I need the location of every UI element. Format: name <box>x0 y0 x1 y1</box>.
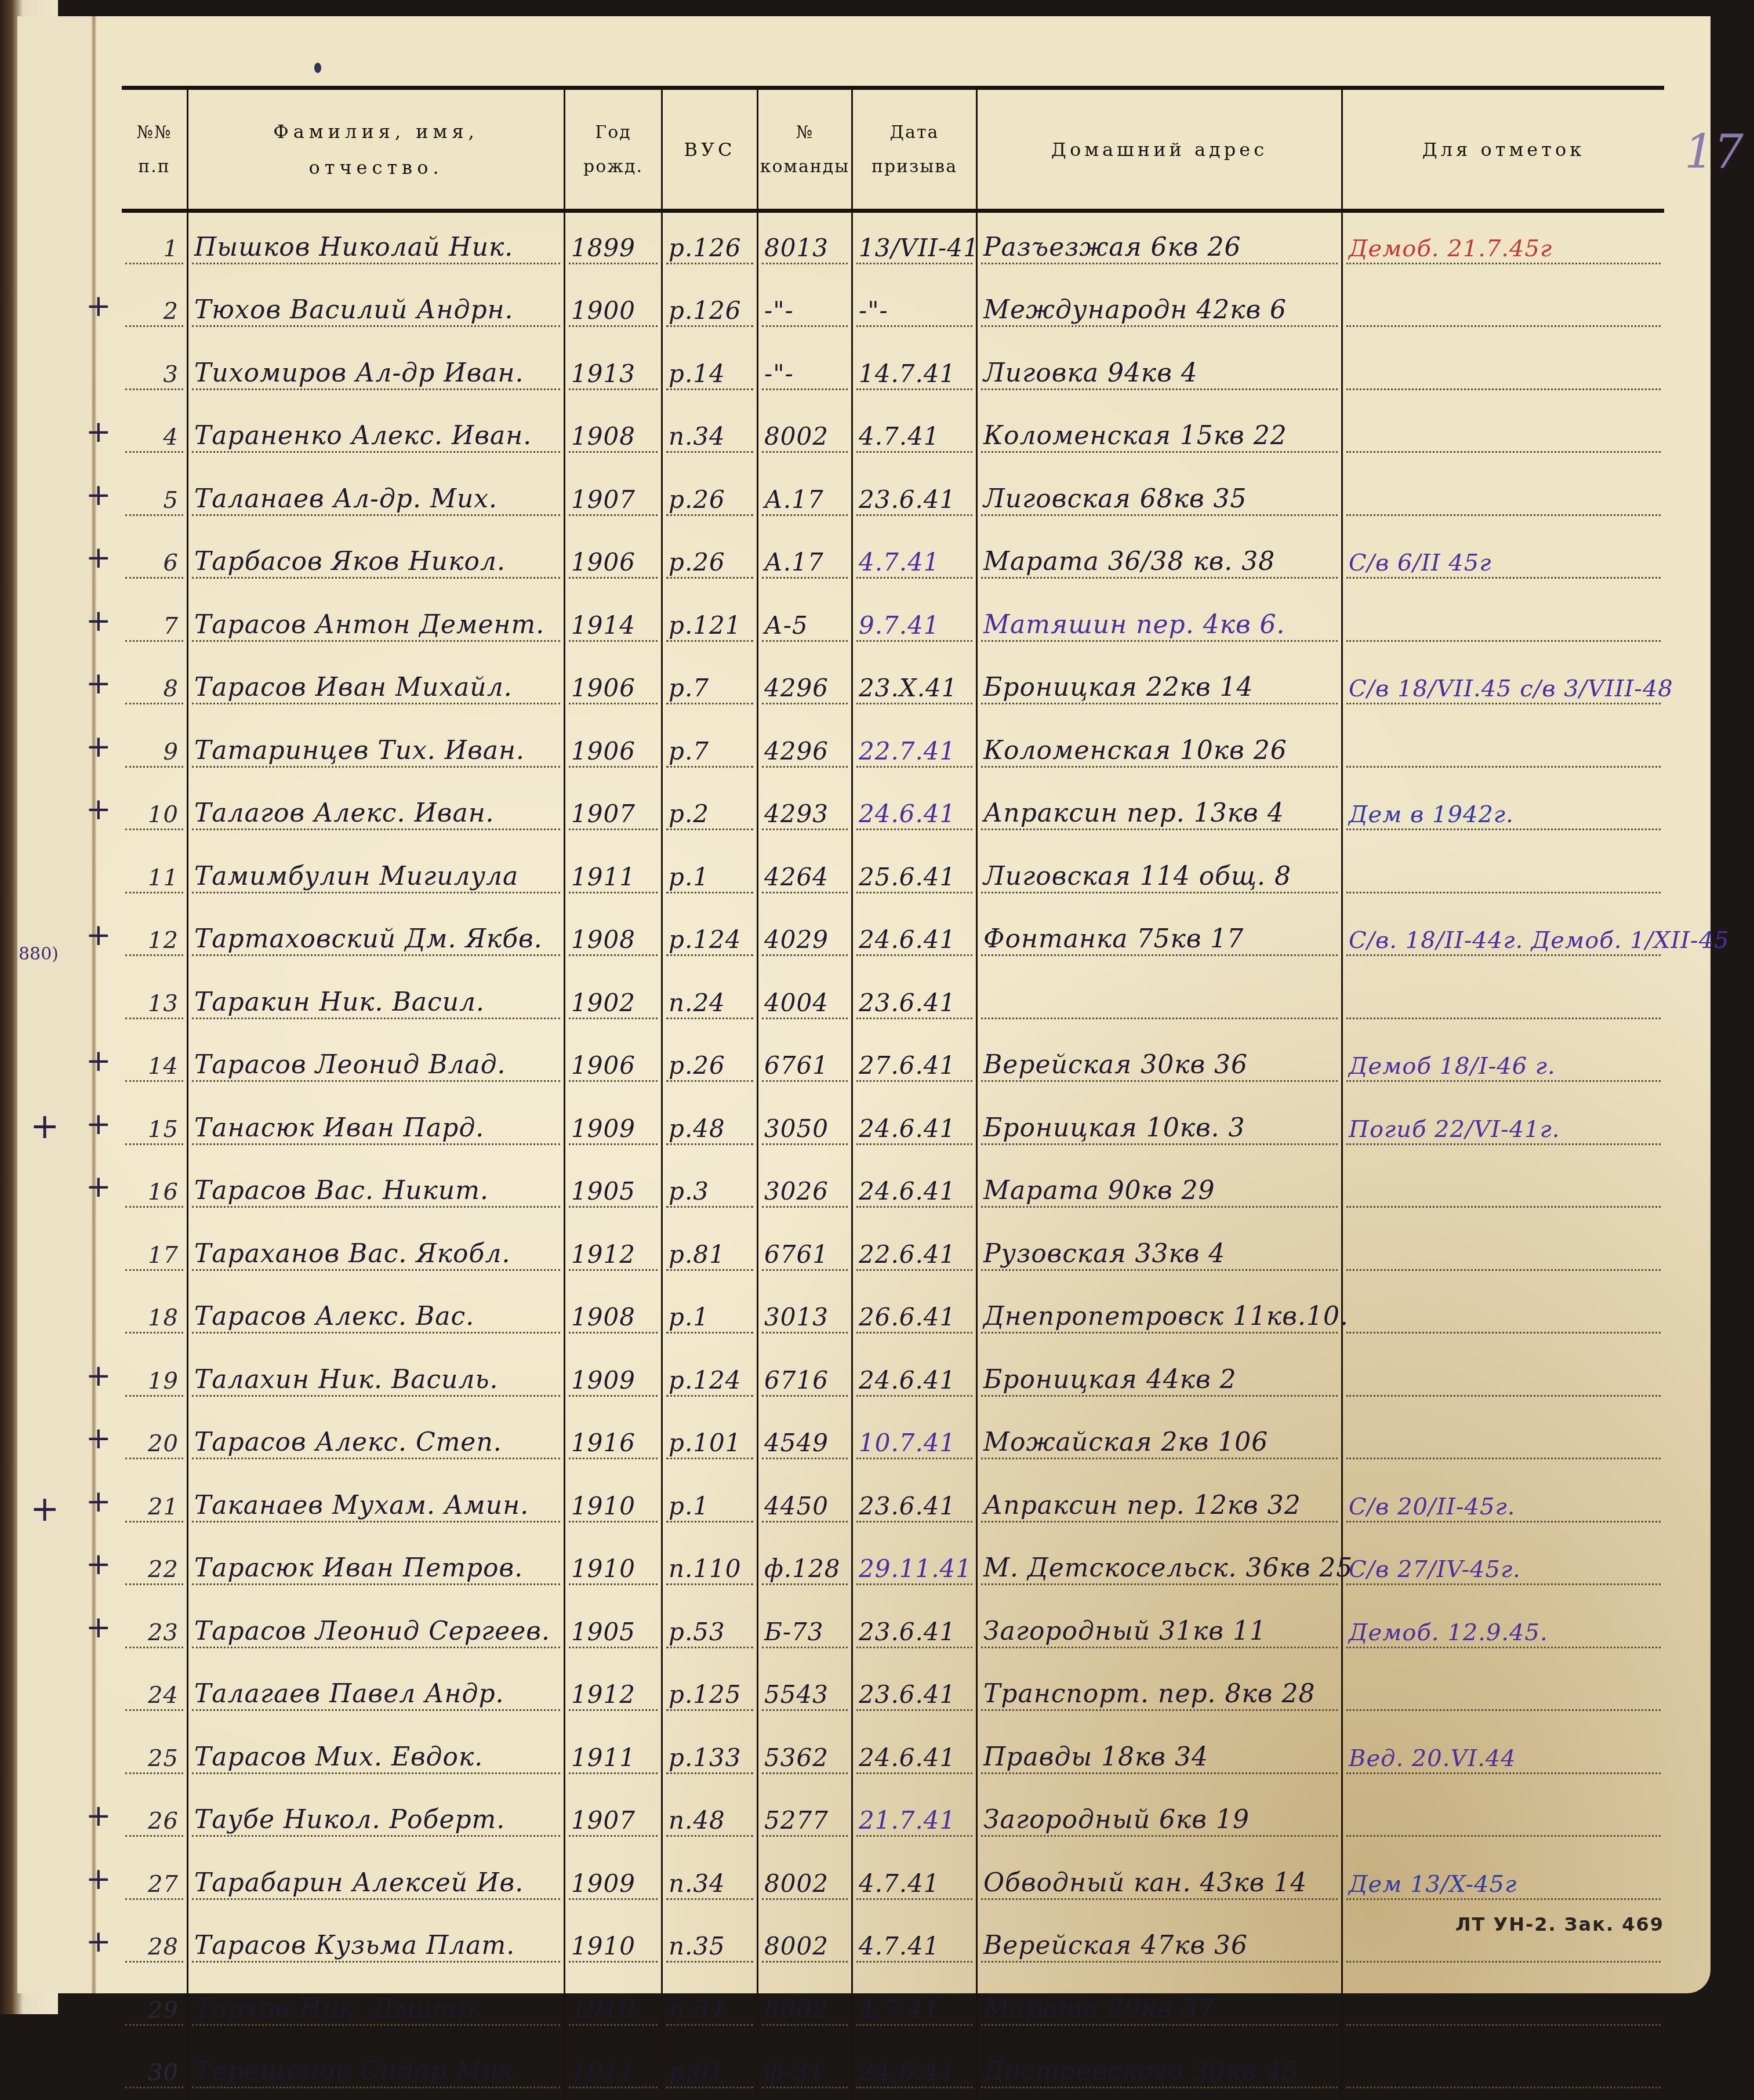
dotted-guide-line <box>192 388 560 390</box>
dotted-guide-line <box>856 1395 972 1397</box>
notes: Демоб 18/I-46 г. <box>1349 1053 1556 1080</box>
dotted-guide-line <box>666 1395 753 1397</box>
form-code: ЛТ УН-2. Зак. 469 <box>1455 1913 1664 1935</box>
table-row: 24Талагаев Павел Андр.1912р.125554323.6.… <box>122 1660 1664 1723</box>
dotted-guide-line <box>569 388 658 390</box>
row-number-cell: 2+ <box>122 276 188 339</box>
row-number-cell: 10+ <box>122 779 188 842</box>
dotted-guide-line <box>1346 829 1661 830</box>
table-header: №№ п.п Фамилия, имя, отчество. Год рожд.… <box>122 90 1664 209</box>
row-number: 16 <box>148 1179 179 1205</box>
row-number: 19 <box>148 1368 179 1394</box>
table-row: 28+Тарасов Кузьма Плат.1910п.3580024.7.4… <box>122 1912 1664 1975</box>
notes: С/в 27/IV-45г. <box>1349 1556 1521 1583</box>
dotted-guide-line <box>981 263 1338 264</box>
dotted-guide-line <box>569 1458 658 1459</box>
row-number: 21 <box>148 1494 179 1520</box>
conscription-date: 23.6.41 <box>859 1492 956 1520</box>
dotted-guide-line <box>192 954 560 956</box>
team-number: 3026 <box>764 1177 829 1205</box>
vus-code-cell: п.34 <box>663 1974 758 2014</box>
team-number-cell: 4296 <box>758 716 853 779</box>
cross-mark-icon: + <box>86 1610 111 1645</box>
full-name-cell: Пышков Николай Ник. <box>188 213 565 276</box>
conscription-date: 26.6.41 <box>859 1303 956 1331</box>
birth-year-cell: 1907 <box>565 1786 663 1849</box>
home-address-cell: Обводный кан. 43кв 14 <box>978 1848 1343 1912</box>
birth-year: 1907 <box>571 800 635 828</box>
dotted-guide-line <box>856 1332 972 1334</box>
birth-year-cell: 1900 <box>565 276 663 339</box>
dotted-guide-line <box>981 1458 1338 1459</box>
notes-cell: Демоб. 12.9.45. <box>1343 1597 1664 1660</box>
vus-code: р.26 <box>669 485 725 514</box>
table-row: 12+Тартаховский Дм. Якбв.1908р.124402924… <box>122 905 1664 968</box>
dotted-guide-line <box>856 1772 972 1774</box>
vus-code: р.14 <box>669 359 725 388</box>
dotted-guide-line <box>125 1647 183 1648</box>
home-address: Апраксин пер. 12кв 32 <box>983 1491 1301 1520</box>
notes-cell: С/в. 18/II-44г. Демоб. 1/XII-45 <box>1343 905 1664 968</box>
birth-year: 1911 <box>571 1743 635 1772</box>
birth-year-cell: 1906 <box>565 716 663 779</box>
dotted-guide-line <box>981 1521 1338 1523</box>
full-name-cell: Таракин Ник. Васил. <box>188 968 565 1031</box>
conscription-date-cell: 4.7.41 <box>853 402 978 465</box>
full-name: Тарасов Вас. Никит. <box>194 1176 489 1205</box>
row-number: 3 <box>164 361 179 388</box>
page-number: 17 <box>1684 125 1744 179</box>
team-number: 4296 <box>764 674 829 702</box>
conscription-date: 24.6.41 <box>859 925 956 954</box>
dotted-guide-line <box>1346 514 1661 516</box>
full-name: Тарасов Мих. Евдок. <box>194 1742 483 1772</box>
dotted-guide-line <box>981 1269 1338 1271</box>
team-number: А.17 <box>764 485 824 514</box>
notes-cell: Вед. 20.VI.44 <box>1343 1723 1664 1786</box>
dotted-guide-line <box>762 954 848 956</box>
home-address-cell: Броницкая 22кв 14 <box>978 653 1343 717</box>
dotted-guide-line <box>762 577 848 579</box>
birth-year-cell: 1906 <box>565 528 663 591</box>
notes-cell: С/в 6/II 45г <box>1343 528 1664 591</box>
home-address-cell: Лиговская 114 общ. 8 <box>978 842 1343 905</box>
header-year-line1: Год <box>595 122 631 143</box>
conscription-date-cell: 24.6.41 <box>853 1345 978 1408</box>
conscription-date: 23.6.41 <box>859 989 956 1017</box>
table-row: 6+Тарбасов Яков Никол.1906р.26А.174.7.41… <box>122 528 1664 591</box>
dotted-guide-line <box>192 1961 560 1963</box>
notes: Погиб 22/VI-41г. <box>1349 1116 1560 1143</box>
home-address: Коломенская 15кв 22 <box>983 421 1287 450</box>
vus-code: р.7 <box>669 674 709 702</box>
vus-code: п.34 <box>669 1869 725 1898</box>
birth-year: 1912 <box>571 1240 635 1269</box>
birth-year-cell: 1908 <box>565 905 663 968</box>
vus-code: р.2 <box>669 800 709 828</box>
row-number: 2 <box>164 298 179 325</box>
full-name: Таканаев Мухам. Амин. <box>194 1491 529 1520</box>
conscription-date-cell: 4.7.41 <box>853 1974 978 2014</box>
dotted-guide-line <box>666 1080 753 1082</box>
row-number-cell: 29 <box>122 1974 188 2014</box>
conscription-date: 23.6.41 <box>859 1618 956 1646</box>
vus-code: р.1 <box>669 1303 709 1331</box>
birth-year: 1909 <box>571 1366 635 1394</box>
birth-year: 1906 <box>571 674 635 702</box>
full-name-cell: Таубе Никол. Роберт. <box>188 1786 565 1849</box>
conscription-date: 23.X.41 <box>859 674 958 702</box>
dotted-guide-line <box>666 1269 753 1271</box>
dotted-guide-line <box>981 1835 1338 1837</box>
dotted-guide-line <box>125 263 183 264</box>
dotted-guide-line <box>192 1835 560 1837</box>
notes-cell: С/в 18/VII.45 с/в 3/VIII-48 <box>1343 653 1664 717</box>
team-number: А.17 <box>764 548 824 576</box>
dotted-guide-line <box>762 1521 848 1523</box>
full-name-cell: Тарасов Алекс. Вас. <box>188 1282 565 1346</box>
home-address-cell: Лиговская 68кв 35 <box>978 464 1343 528</box>
dotted-guide-line <box>125 1772 183 1774</box>
home-address-cell: Транспорт. пер. 8кв 28 <box>978 1660 1343 1723</box>
table-row: 3Тихомиров Ал-др Иван.1913р.14-"-14.7.41… <box>122 339 1664 402</box>
notes-cell <box>1343 339 1664 402</box>
home-address: Апраксин пер. 13кв 4 <box>983 798 1284 828</box>
full-name-cell: Тарасов Антон Демент. <box>188 590 565 653</box>
dotted-guide-line <box>981 1898 1338 1900</box>
conscription-date: 14.7.41 <box>859 359 956 388</box>
team-number-cell: 3050 <box>758 1093 853 1157</box>
notes: Демоб. 21.7.45г <box>1349 235 1552 262</box>
dotted-guide-line <box>981 1647 1338 1648</box>
vus-code: р.81 <box>669 1240 725 1269</box>
full-name: Тарасов Леонид Влад. <box>194 1050 506 1080</box>
cross-mark-icon: + <box>86 1107 111 1142</box>
table-row: 10+Талагов Алекс. Иван.1907р.2429324.6.4… <box>122 779 1664 842</box>
dotted-guide-line <box>856 1709 972 1711</box>
dotted-guide-line <box>1346 325 1661 327</box>
vus-code-cell: р.81 <box>663 1219 758 1282</box>
dotted-guide-line <box>569 954 658 956</box>
birth-year-cell: 1911 <box>565 1723 663 1786</box>
home-address: Коломенская 10кв 26 <box>983 736 1287 765</box>
dotted-guide-line <box>856 1458 972 1459</box>
notes: Вед. 20.VI.44 <box>1349 1745 1516 1772</box>
team-number: 4549 <box>764 1429 829 1457</box>
birth-year-cell: 1905 <box>565 1157 663 1220</box>
dotted-guide-line <box>856 1143 972 1145</box>
conscription-date-cell: 25.6.41 <box>853 842 978 905</box>
dotted-guide-line <box>125 1583 183 1585</box>
conscription-date: 10.7.41 <box>859 1429 956 1457</box>
dotted-guide-line <box>125 1018 183 1019</box>
team-number: 4004 <box>764 989 829 1017</box>
birth-year-cell: 1909 <box>565 1093 663 1157</box>
team-number: 4296 <box>764 737 829 765</box>
birth-year-cell: 1906 <box>565 1031 663 1094</box>
dotted-guide-line <box>192 514 560 516</box>
dotted-guide-line <box>981 1961 1338 1963</box>
dotted-guide-line <box>1346 577 1661 579</box>
dotted-guide-line <box>666 263 753 264</box>
row-number-cell: 26+ <box>122 1786 188 1849</box>
home-address: Можайская 2кв 106 <box>983 1427 1268 1457</box>
team-number: 5543 <box>764 1680 829 1709</box>
vus-code-cell: р.1 <box>663 1282 758 1346</box>
conscription-date-cell: 26.6.41 <box>853 1282 978 1346</box>
dotted-guide-line <box>569 703 658 704</box>
full-name-cell: Таланаев Ал-др. Мих. <box>188 464 565 528</box>
dotted-guide-line <box>1346 1961 1661 1963</box>
conscription-date-cell: 23.6.41 <box>853 1471 978 1534</box>
notes: С/в 20/II-45г. <box>1349 1494 1515 1520</box>
full-name: Тархов Ник. Дмитр. <box>194 1994 483 2015</box>
dotted-guide-line <box>1346 1143 1661 1145</box>
team-number: 3050 <box>764 1114 829 1143</box>
cross-mark-icon: + <box>86 792 111 827</box>
birth-year-cell: 1909 <box>565 1345 663 1408</box>
home-address: Марата 29кв 37 <box>983 1994 1215 2015</box>
dotted-guide-line <box>1346 954 1661 956</box>
dotted-guide-line <box>125 1080 183 1082</box>
birth-year: 1906 <box>571 737 635 765</box>
full-name-cell: Талахин Ник. Василь. <box>188 1345 565 1408</box>
birth-year-cell: 1907 <box>565 464 663 528</box>
home-address-cell: Рузовская 33кв 4 <box>978 1219 1343 1282</box>
notes-cell <box>1343 402 1664 465</box>
dotted-guide-line <box>856 766 972 768</box>
dotted-guide-line <box>125 1898 183 1900</box>
birth-year-cell: 1899 <box>565 213 663 276</box>
full-name-cell: Тараненко Алекс. Иван. <box>188 402 565 465</box>
table-row: 16+Тарасов Вас. Никит.1905р.3302624.6.41… <box>122 1157 1664 1220</box>
vus-code: р.48 <box>669 1114 725 1143</box>
birth-year-cell: 1907 <box>565 779 663 842</box>
row-number-cell: 16+ <box>122 1157 188 1220</box>
notes-cell <box>1343 464 1664 528</box>
dotted-guide-line <box>762 1206 848 1208</box>
home-address: Загородный 6кв 19 <box>983 1805 1250 1834</box>
team-number: 4029 <box>764 925 829 954</box>
full-name-cell: Талагаев Павел Андр. <box>188 1660 565 1723</box>
dotted-guide-line <box>192 1143 560 1145</box>
birth-year: 1902 <box>571 989 635 1017</box>
row-number-cell: 28+ <box>122 1912 188 1975</box>
row-number-cell: 15+ <box>122 1093 188 1157</box>
home-address: Загородный 31кв 11 <box>983 1616 1266 1646</box>
dotted-guide-line <box>666 640 753 642</box>
vus-code: р.26 <box>669 548 725 576</box>
full-name-cell: Тарасов Алекс. Степ. <box>188 1408 565 1472</box>
dotted-guide-line <box>569 1772 658 1774</box>
home-address-cell: Днепропетровск 11кв.10. <box>978 1282 1343 1346</box>
dotted-guide-line <box>569 1898 658 1900</box>
conscription-date-cell: 9.7.41 <box>853 590 978 653</box>
vus-code: р.53 <box>669 1618 725 1646</box>
dotted-guide-line <box>666 577 753 579</box>
conscription-date-cell: -"- <box>853 276 978 339</box>
dotted-guide-line <box>666 954 753 956</box>
full-name: Тарасов Иван Михайл. <box>194 673 513 702</box>
vus-code: р.1 <box>669 1492 709 1520</box>
birth-year: 1910 <box>571 1492 635 1520</box>
dotted-guide-line <box>981 1143 1338 1145</box>
dotted-guide-line <box>762 1080 848 1082</box>
dotted-guide-line <box>192 640 560 642</box>
row-number: 18 <box>148 1305 179 1331</box>
vus-code-cell: р.3 <box>663 1157 758 1220</box>
dotted-guide-line <box>1346 1332 1661 1334</box>
vus-code-cell: п.48 <box>663 1786 758 1849</box>
dotted-guide-line <box>762 1458 848 1459</box>
row-number: 12 <box>148 927 179 954</box>
row-number: 24 <box>148 1682 179 1709</box>
notes-cell: Дем в 1942г. <box>1343 779 1664 842</box>
vus-code-cell: п.24 <box>663 968 758 1031</box>
conscription-date-cell: 23.6.41 <box>853 464 978 528</box>
header-address-label: Домашний адрес <box>1051 139 1268 161</box>
full-name: Тарасов Алекс. Степ. <box>194 1427 502 1457</box>
dotted-guide-line <box>666 451 753 453</box>
row-number: 11 <box>148 864 179 891</box>
dotted-guide-line <box>666 1709 753 1711</box>
home-address-cell: Верейская 47кв 36 <box>978 1912 1343 1975</box>
dotted-guide-line <box>762 451 848 453</box>
header-year-line2: рожд. <box>583 157 643 177</box>
home-address-cell: Броницкая 44кв 2 <box>978 1345 1343 1408</box>
dotted-guide-line <box>1346 1395 1661 1397</box>
dotted-guide-line <box>125 1961 183 1963</box>
full-name: Тараненко Алекс. Иван. <box>194 421 532 450</box>
header-name-line2: отчество. <box>308 157 443 179</box>
table-row: 1Пышков Николай Ник.1899р.126801313/VII-… <box>122 213 1664 276</box>
dotted-guide-line <box>762 1772 848 1774</box>
cross-mark-icon: + <box>86 289 111 324</box>
conscription-date-cell: 10.7.41 <box>853 1408 978 1472</box>
row-number-cell: 21+ <box>122 1471 188 1534</box>
dotted-guide-line <box>762 1647 848 1648</box>
row-number: 22 <box>148 1556 179 1583</box>
dotted-guide-line <box>666 1521 753 1523</box>
dotted-guide-line <box>856 263 972 264</box>
vus-code: р.124 <box>669 1366 741 1394</box>
home-address-cell <box>978 968 1343 1031</box>
dotted-guide-line <box>192 577 560 579</box>
full-name: Тамимбулин Мигилула <box>194 862 518 891</box>
row-number-cell: 1 <box>122 213 188 276</box>
conscription-date: 4.7.41 <box>859 422 940 450</box>
conscription-date: 9.7.41 <box>859 611 940 640</box>
full-name: Тихомиров Ал-др Иван. <box>194 358 524 388</box>
team-number: 8013 <box>764 234 829 262</box>
vus-code: р.7 <box>669 737 709 765</box>
conscription-date-cell: 4.7.41 <box>853 528 978 591</box>
vus-code: р.101 <box>669 1429 741 1457</box>
conscription-date-cell: 23.6.41 <box>853 968 978 1031</box>
dotted-guide-line <box>569 514 658 516</box>
dotted-guide-line <box>1346 892 1661 893</box>
dotted-guide-line <box>1346 703 1661 704</box>
home-address: Броницкая 10кв. 3 <box>983 1113 1245 1143</box>
home-address-cell: Марата 29кв 37 <box>978 1974 1343 2014</box>
team-number: 6761 <box>764 1240 829 1269</box>
full-name-cell: Таканаев Мухам. Амин. <box>188 1471 565 1534</box>
dotted-guide-line <box>666 1332 753 1334</box>
row-number-cell: 25 <box>122 1723 188 1786</box>
dotted-guide-line <box>125 388 183 390</box>
dotted-guide-line <box>666 1898 753 1900</box>
table-row: 21+Таканаев Мухам. Амин.1910р.1445023.6.… <box>122 1471 1664 1534</box>
team-number-cell: 6761 <box>758 1031 853 1094</box>
dotted-guide-line <box>666 325 753 327</box>
conscription-date: 4.7.41 <box>859 1932 940 1960</box>
conscription-date: 13/VII-41 <box>859 234 979 262</box>
team-number-cell: Б-73 <box>758 1597 853 1660</box>
header-vus: ВУС <box>663 90 758 209</box>
dotted-guide-line <box>569 263 658 264</box>
home-address-cell: Марата 36/38 кв. 38 <box>978 528 1343 591</box>
conscription-ledger-table: №№ п.п Фамилия, имя, отчество. Год рожд.… <box>122 86 1664 2014</box>
dotted-guide-line <box>125 1709 183 1711</box>
birth-year: 1916 <box>571 1429 635 1457</box>
full-name: Пышков Николай Ник. <box>194 232 513 262</box>
dotted-guide-line <box>856 388 972 390</box>
conscription-date-cell: 4.7.41 <box>853 1912 978 1975</box>
dotted-guide-line <box>125 640 183 642</box>
row-number-cell: 11 <box>122 842 188 905</box>
dotted-guide-line <box>125 1269 183 1271</box>
conscription-date-cell: 22.6.41 <box>853 1219 978 1282</box>
dotted-guide-line <box>569 829 658 830</box>
table-row: 13Таракин Ник. Васил.1902п.24400423.6.41 <box>122 968 1664 1031</box>
dotted-guide-line <box>569 1835 658 1837</box>
dotted-guide-line <box>981 1583 1338 1585</box>
home-address: Правды 18кв 34 <box>983 1742 1208 1772</box>
table-row: 19+Талахин Ник. Василь.1909р.124671624.6… <box>122 1345 1664 1408</box>
row-number: 27 <box>148 1871 179 1898</box>
vus-code-cell: р.124 <box>663 1345 758 1408</box>
team-number: ф.128 <box>764 1554 840 1583</box>
notes-cell <box>1343 1974 1664 2014</box>
vus-code: р.126 <box>669 234 741 262</box>
dotted-guide-line <box>569 451 658 453</box>
row-number: 9 <box>164 739 179 765</box>
dotted-guide-line <box>981 766 1338 768</box>
dotted-guide-line <box>1346 1835 1661 1837</box>
notes: Дем в 1942г. <box>1349 801 1514 828</box>
full-name-cell: Тарасов Леонид Сергеев. <box>188 1597 565 1660</box>
team-number-cell: 8013 <box>758 213 853 276</box>
header-team-line2: команды <box>760 157 849 177</box>
dotted-guide-line <box>192 892 560 893</box>
home-address-cell: Марата 90кв 29 <box>978 1157 1343 1220</box>
dotted-guide-line <box>856 892 972 893</box>
table-row: 7+Тарасов Антон Демент.1914р.121А-59.7.4… <box>122 590 1664 653</box>
dotted-guide-line <box>856 1269 972 1271</box>
home-address-cell: Апраксин пер. 13кв 4 <box>978 779 1343 842</box>
dotted-guide-line <box>125 1143 183 1145</box>
vus-code-cell: п.34 <box>663 402 758 465</box>
birth-year: 1910 <box>571 1554 635 1583</box>
birth-year: 1914 <box>571 611 635 640</box>
vus-code-cell: р.7 <box>663 653 758 717</box>
conscription-date: 4.7.41 <box>859 1869 940 1898</box>
header-conscription-date: Дата призыва <box>853 90 978 209</box>
header-notes-label: Для отметок <box>1422 139 1585 161</box>
ink-blot <box>314 63 321 73</box>
dotted-guide-line <box>762 1143 848 1145</box>
team-number: 8002 <box>764 422 829 450</box>
